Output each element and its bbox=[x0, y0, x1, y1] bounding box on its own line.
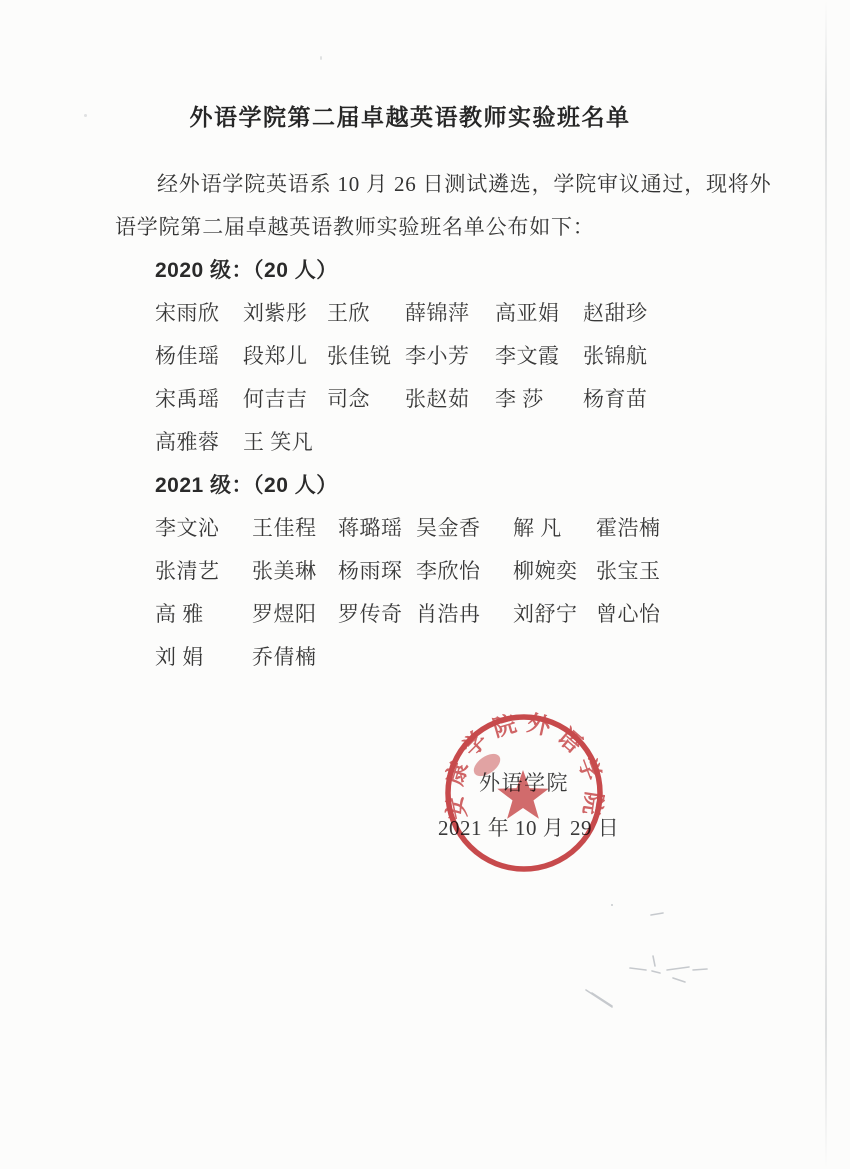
student-name: 张赵茹 bbox=[405, 378, 495, 421]
student-name: 王佳程 bbox=[252, 507, 338, 550]
student-name: 肖浩冉 bbox=[416, 593, 513, 636]
student-name: 李欣怡 bbox=[416, 550, 513, 593]
name-row: 高 雅罗煜阳罗传奇肖浩冉刘舒宁曾心怡 bbox=[155, 593, 755, 636]
student-name: 司念 bbox=[327, 378, 405, 421]
student-name: 刘舒宁 bbox=[513, 593, 596, 636]
student-name: 何吉吉 bbox=[243, 378, 327, 421]
class-year-heading: 2021 级：（20 人） bbox=[155, 464, 755, 507]
student-name: 张佳锐 bbox=[327, 335, 405, 378]
student-name: 张清艺 bbox=[155, 550, 252, 593]
scan-crease-line bbox=[825, 0, 827, 1169]
student-name: 罗传奇 bbox=[338, 593, 416, 636]
student-name: 吴金香 bbox=[416, 507, 513, 550]
student-name: 张锦航 bbox=[583, 335, 755, 378]
intro-line-2: 语学院第二届卓越英语教师实验班名单公布如下： bbox=[115, 206, 755, 249]
name-row: 杨佳瑶段郑儿张佳锐李小芳李文霞张锦航 bbox=[155, 335, 755, 378]
student-name: 杨雨琛 bbox=[338, 550, 416, 593]
student-name: 杨佳瑶 bbox=[155, 335, 243, 378]
document-title: 外语学院第二届卓越英语教师实验班名单 bbox=[0, 99, 850, 132]
name-row: 高雅蓉王 笑凡 bbox=[155, 421, 755, 464]
official-seal-stamp: 安康学院外语学院 bbox=[443, 712, 605, 874]
student-name: 蒋璐瑶 bbox=[338, 507, 416, 550]
class-year-heading: 2020 级：（20 人） bbox=[155, 249, 755, 292]
name-row: 李文沁王佳程蒋璐瑶吴金香解 凡霍浩楠 bbox=[155, 507, 755, 550]
student-name: 杨育苗 bbox=[583, 378, 755, 421]
student-name: 解 凡 bbox=[513, 507, 596, 550]
student-name: 赵甜珍 bbox=[583, 292, 755, 335]
student-name: 李小芳 bbox=[405, 335, 495, 378]
student-name: 段郑儿 bbox=[243, 335, 327, 378]
student-name: 罗煜阳 bbox=[252, 593, 338, 636]
student-name: 李文霞 bbox=[495, 335, 583, 378]
student-name: 薛锦萍 bbox=[405, 292, 495, 335]
student-name: 曾心怡 bbox=[596, 593, 755, 636]
name-row: 宋禹瑶何吉吉司念张赵茹李 莎杨育苗 bbox=[155, 378, 755, 421]
student-name: 宋雨欣 bbox=[155, 292, 243, 335]
student-name: 高 雅 bbox=[155, 593, 252, 636]
student-name: 李 莎 bbox=[495, 378, 583, 421]
student-name: 霍浩楠 bbox=[596, 507, 755, 550]
name-row: 张清艺张美琳杨雨琛李欣怡柳婉奕张宝玉 bbox=[155, 550, 755, 593]
student-name: 李文沁 bbox=[155, 507, 252, 550]
student-name: 刘紫彤 bbox=[243, 292, 327, 335]
scanned-document-page: 外语学院第二届卓越英语教师实验班名单 经外语学院英语系 10 月 26 日测试遴… bbox=[0, 0, 850, 1169]
student-name: 刘 娟 bbox=[155, 636, 252, 679]
student-name: 张宝玉 bbox=[596, 550, 755, 593]
student-name: 高雅蓉 bbox=[155, 421, 243, 464]
student-name: 高亚娟 bbox=[495, 292, 583, 335]
seal-star-icon bbox=[497, 770, 548, 819]
document-body: 经外语学院英语系 10 月 26 日测试遴选，学院审议通过，现将外 语学院第二届… bbox=[115, 163, 755, 679]
student-name: 王欣 bbox=[327, 292, 405, 335]
scan-speck bbox=[84, 114, 87, 117]
intro-line-1: 经外语学院英语系 10 月 26 日测试遴选，学院审议通过，现将外 bbox=[115, 163, 755, 206]
name-row: 宋雨欣刘紫彤王欣薛锦萍高亚娟赵甜珍 bbox=[155, 292, 755, 335]
student-name: 王 笑凡 bbox=[243, 421, 327, 464]
scan-speck bbox=[320, 56, 322, 60]
pencil-scribble-marks bbox=[555, 885, 775, 1035]
student-name: 张美琳 bbox=[252, 550, 338, 593]
name-row: 刘 娟乔倩楠 bbox=[155, 636, 755, 679]
student-name: 柳婉奕 bbox=[513, 550, 596, 593]
student-name: 乔倩楠 bbox=[252, 636, 338, 679]
student-name: 宋禹瑶 bbox=[155, 378, 243, 421]
class-lists: 2020 级：（20 人）宋雨欣刘紫彤王欣薛锦萍高亚娟赵甜珍杨佳瑶段郑儿张佳锐李… bbox=[115, 249, 755, 679]
